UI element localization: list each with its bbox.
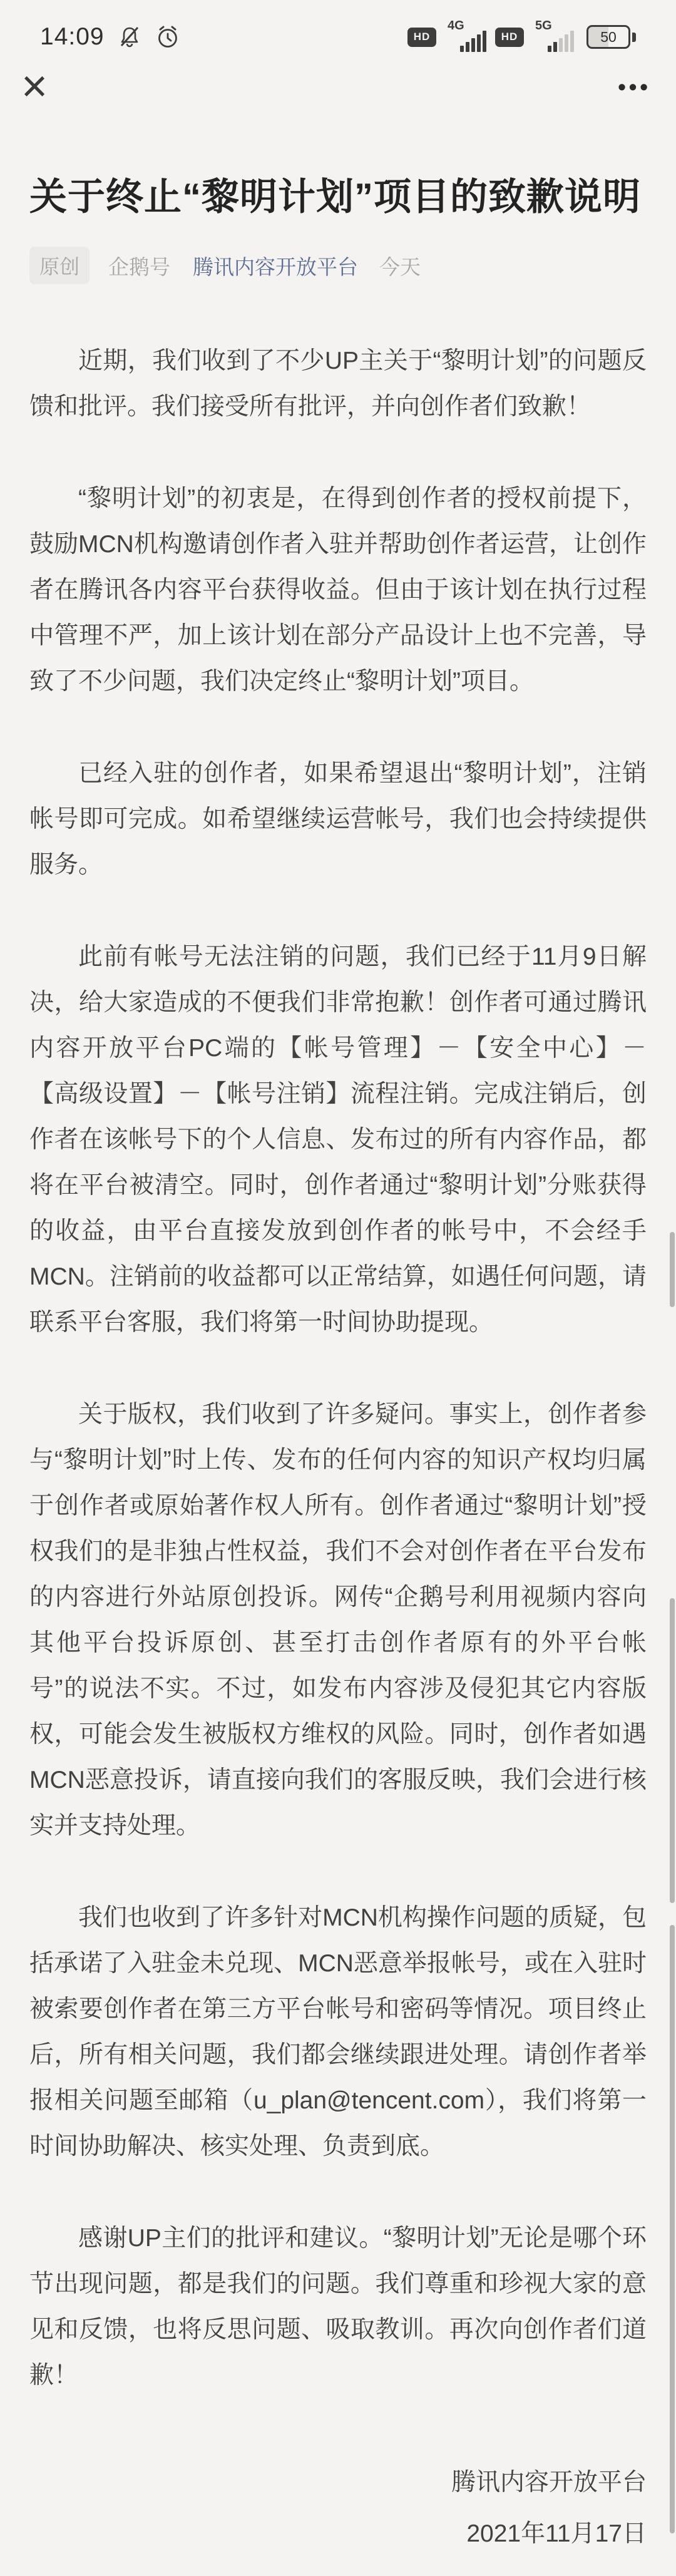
signature-date: 2021年11月17日: [29, 2508, 647, 2560]
battery-nub: [632, 33, 636, 42]
hd-voice-icon-2: HD: [495, 28, 524, 47]
article-paragraph: 此前有帐号无法注销的问题，我们已经于11月9日解决，给大家造成的不便我们非常抱歉…: [29, 934, 647, 1345]
more-menu-icon[interactable]: •••: [618, 74, 651, 100]
signature-block: 腾讯内容开放平台 2021年11月17日: [29, 2457, 647, 2560]
mute-bell-icon: [117, 24, 142, 49]
account-type-label: 企鹅号: [108, 251, 170, 280]
signal-4g-icon: 4G: [445, 20, 486, 54]
publish-date-label: 今天: [379, 251, 421, 280]
status-bar: 14:09 HD 4G HD 5G: [0, 0, 676, 60]
article: 关于终止“黎明计划”项目的致歉说明 原创 企鹅号 腾讯内容开放平台 今天 近期，…: [29, 134, 647, 2560]
article-paragraph: 已经入驻的创作者，如果希望退出“黎明计划”，注销帐号即可完成。如希望继续运营帐号…: [29, 751, 647, 888]
hd-voice-icon-1: HD: [407, 28, 436, 47]
article-body: 近期，我们收到了不少UP主关于“黎明计划”的问题反馈和批评。我们接受所有批评，并…: [29, 338, 647, 2398]
battery-icon: 50: [586, 25, 636, 49]
clock-time: 14:09: [40, 23, 105, 51]
scrollbar-thumb[interactable]: [670, 1232, 675, 1307]
scrollbar-thumb[interactable]: [670, 1925, 675, 2533]
article-paragraph: 近期，我们收到了不少UP主关于“黎明计划”的问题反馈和批评。我们接受所有批评，并…: [29, 338, 647, 429]
article-title: 关于终止“黎明计划”项目的致歉说明: [29, 170, 647, 224]
status-right-group: HD 4G HD 5G 50: [407, 20, 636, 54]
phone-screen: 14:09 HD 4G HD 5G: [0, 0, 676, 2576]
scrollbar-thumb[interactable]: [670, 1598, 675, 1903]
article-paragraph: “黎明计划”的初衷是，在得到创作者的授权前提下，鼓励MCN机构邀请创作者入驻并帮…: [29, 476, 647, 704]
nav-bar: × •••: [0, 60, 676, 134]
battery-level: 50: [586, 25, 630, 49]
alarm-clock-icon: [155, 24, 181, 50]
signal-bars-4g: [460, 31, 486, 52]
close-icon[interactable]: ×: [21, 64, 48, 109]
signature-name: 腾讯内容开放平台: [29, 2457, 647, 2508]
original-badge: 原创: [29, 247, 90, 284]
article-paragraph: 感谢UP主们的批评和建议。“黎明计划”无论是哪个环节出现问题，都是我们的问题。我…: [29, 2215, 647, 2398]
article-meta: 原创 企鹅号 腾讯内容开放平台 今天: [29, 247, 647, 284]
article-paragraph: 关于版权，我们收到了许多疑问。事实上，创作者参与“黎明计划”时上传、发布的任何内…: [29, 1392, 647, 1849]
account-name-link[interactable]: 腾讯内容开放平台: [193, 251, 358, 280]
status-left-group: 14:09: [40, 23, 181, 51]
article-paragraph: 我们也收到了许多针对MCN机构操作问题的质疑，包括承诺了入驻金未兑现、MCN恶意…: [29, 1895, 647, 2169]
signal-5g-icon: 5G: [533, 20, 574, 54]
signal-bars-5g: [548, 31, 574, 52]
